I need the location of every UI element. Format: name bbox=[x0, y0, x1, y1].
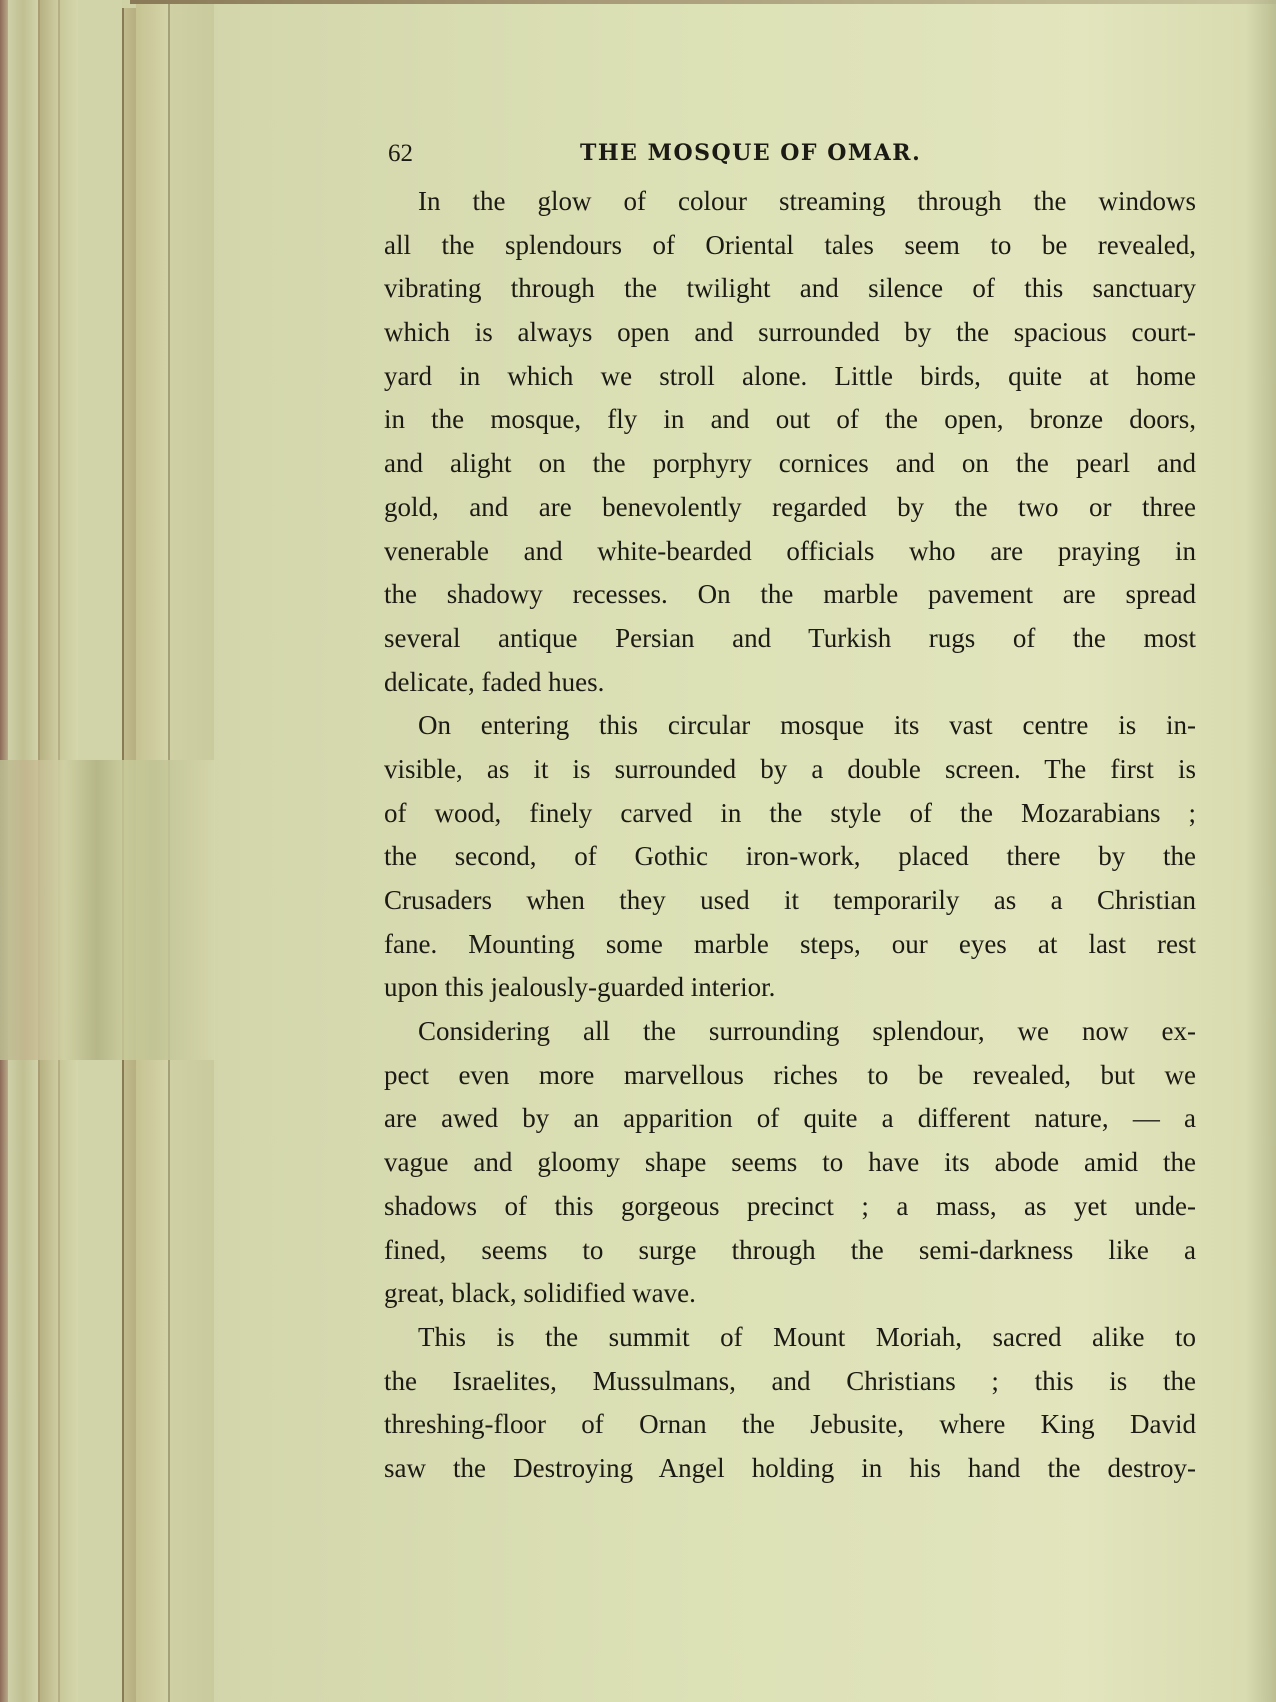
text-line: the second, of Gothic iron-work, placed … bbox=[384, 835, 1196, 879]
text-line: fane. Mounting some marble steps, our ey… bbox=[384, 923, 1196, 967]
text-line: the Israelites, Mussulmans, and Christia… bbox=[384, 1360, 1196, 1404]
text-line: fined, seems to surge through the semi-d… bbox=[384, 1229, 1196, 1273]
text-line: several antique Persian and Turkish rugs… bbox=[384, 617, 1196, 661]
text-line: On entering this circular mosque its vas… bbox=[384, 704, 1196, 748]
text-line: venerable and white-bearded officials wh… bbox=[384, 530, 1196, 574]
text-line: yard in which we stroll alone. Little bi… bbox=[384, 355, 1196, 399]
page-top-edge bbox=[130, 0, 1276, 4]
body-text: In the glow of colour streaming through … bbox=[384, 180, 1196, 1491]
text-line: visible, as it is surrounded by a double… bbox=[384, 748, 1196, 792]
text-line: great, black, solidified wave. bbox=[384, 1272, 1196, 1316]
text-line: and alight on the porphyry cornices and … bbox=[384, 442, 1196, 486]
scan-motion-blur bbox=[0, 760, 215, 1060]
text-line: Considering all the surrounding splendou… bbox=[384, 1010, 1196, 1054]
text-line: delicate, faded hues. bbox=[384, 661, 1196, 705]
text-line: in the mosque, fly in and out of the ope… bbox=[384, 398, 1196, 442]
text-line: vague and gloomy shape seems to have its… bbox=[384, 1141, 1196, 1185]
text-line: are awed by an apparition of quite a dif… bbox=[384, 1097, 1196, 1141]
text-line: the shadowy recesses. On the marble pave… bbox=[384, 573, 1196, 617]
book-page: 62 THE MOSQUE OF OMAR. In the glow of co… bbox=[384, 128, 1196, 1491]
text-line: Crusaders when they used it temporarily … bbox=[384, 879, 1196, 923]
text-line: which is always open and surrounded by t… bbox=[384, 311, 1196, 355]
text-line: gold, and are benevolently regarded by t… bbox=[384, 486, 1196, 530]
text-line: shadows of this gorgeous precinct ; a ma… bbox=[384, 1185, 1196, 1229]
text-line: saw the Destroying Angel holding in his … bbox=[384, 1447, 1196, 1491]
page-number: 62 bbox=[388, 140, 413, 168]
text-line: vibrating through the twilight and silen… bbox=[384, 267, 1196, 311]
text-line: threshing-floor of Ornan the Jebusite, w… bbox=[384, 1403, 1196, 1447]
running-head: 62 THE MOSQUE OF OMAR. bbox=[384, 128, 1196, 168]
text-line: In the glow of colour streaming through … bbox=[384, 180, 1196, 224]
text-line: of wood, finely carved in the style of t… bbox=[384, 792, 1196, 836]
chapter-title: THE MOSQUE OF OMAR. bbox=[580, 140, 921, 166]
page-right-shadow bbox=[1246, 0, 1276, 1702]
text-line: all the splendours of Oriental tales see… bbox=[384, 224, 1196, 268]
text-line: pect even more marvellous riches to be r… bbox=[384, 1054, 1196, 1098]
text-line: This is the summit of Mount Moriah, sacr… bbox=[384, 1316, 1196, 1360]
text-line: upon this jealously-guarded interior. bbox=[384, 966, 1196, 1010]
